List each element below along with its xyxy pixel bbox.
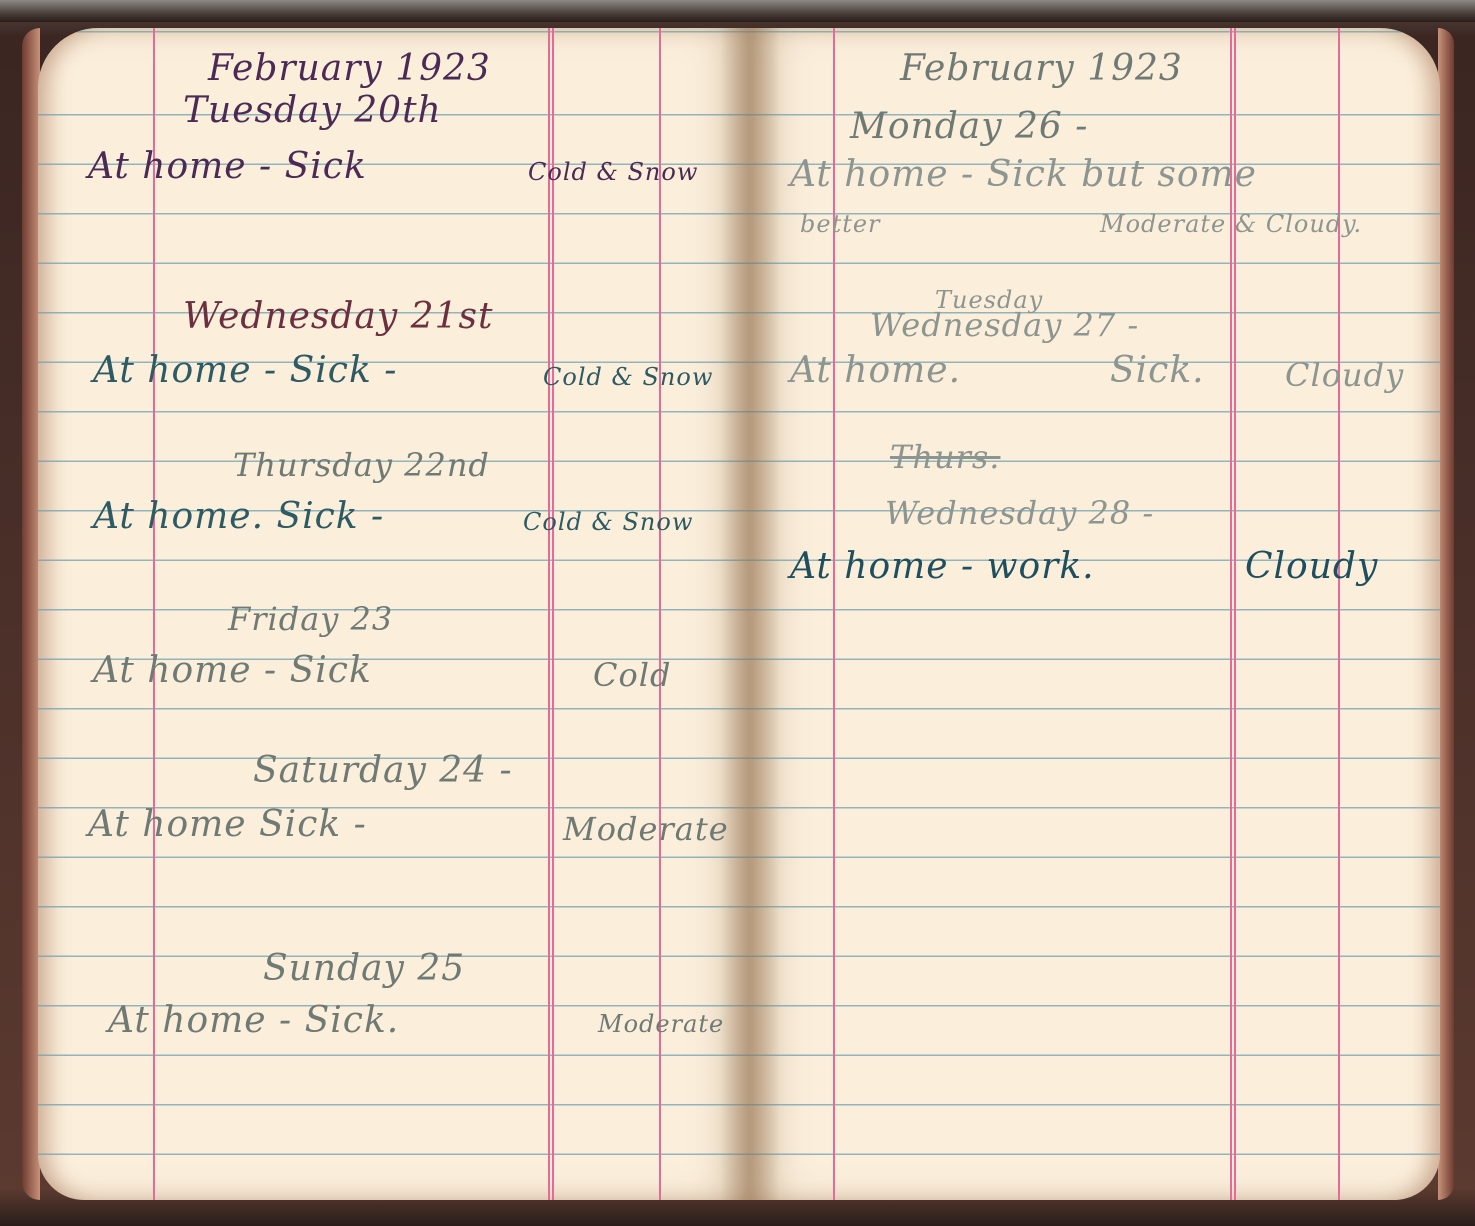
entry-weather: Cold <box>593 656 671 694</box>
entry-weather: Moderate <box>563 810 729 848</box>
entry-text: At home - work. <box>790 546 1095 587</box>
left-margin-rule <box>833 28 835 1200</box>
book-cover-top-edge <box>0 0 1475 22</box>
left-page: February 1923 Tuesday 20th At home - Sic… <box>38 28 750 1200</box>
entry-text: At home - Sick but some <box>790 154 1257 195</box>
column-rule <box>548 28 550 1200</box>
entry-day-struck: Thurs. <box>890 438 1000 476</box>
entry-weather: Cloudy <box>1245 546 1378 587</box>
entry-weather: Cold & Snow <box>523 508 693 536</box>
entry-day-heading: Sunday 25 <box>263 948 465 989</box>
entry-text: At home Sick - <box>88 804 367 845</box>
entry-text: At home - Sick <box>88 146 367 187</box>
entry-weather: Moderate & Cloudy. <box>1100 210 1362 238</box>
entry-day-heading: Thursday 22nd <box>233 446 490 484</box>
right-page: February 1923 Monday 26 - At home - Sick… <box>750 28 1440 1200</box>
entry-day-heading: Wednesday 21st <box>183 296 493 337</box>
entry-text: At home - Sick <box>93 650 372 691</box>
entry-status: Sick. <box>1110 350 1205 391</box>
column-rule <box>1230 28 1232 1200</box>
entry-text: At home. Sick - <box>93 496 384 537</box>
column-rule <box>552 28 554 1200</box>
entry-day-heading: Friday 23 <box>228 600 393 638</box>
right-page-edge <box>1438 28 1454 1200</box>
column-rule <box>1338 28 1340 1200</box>
entry-text: At home - Sick. <box>108 1000 399 1041</box>
entry-text-continued: better <box>800 210 881 238</box>
entry-weather: Cold & Snow <box>528 158 698 186</box>
entry-text: At home. <box>790 350 961 391</box>
entry-weather: Cloudy <box>1285 356 1404 394</box>
entry-day-heading: Wednesday 27 - <box>870 306 1139 344</box>
entry-weather: Cold & Snow <box>543 363 713 391</box>
entry-day-heading: Wednesday 28 - <box>885 494 1154 532</box>
ruled-lines <box>750 28 1440 1200</box>
entry-day-heading: Tuesday 20th <box>183 90 442 131</box>
diary-book: February 1923 Tuesday 20th At home - Sic… <box>0 0 1475 1226</box>
entry-weather: Moderate <box>598 1010 724 1038</box>
entry-text: At home - Sick - <box>93 350 397 391</box>
page-heading-month-year: February 1923 <box>900 48 1183 89</box>
page-heading-month-year: February 1923 <box>208 48 491 89</box>
column-rule <box>1234 28 1236 1200</box>
entry-day-heading: Saturday 24 - <box>253 750 513 791</box>
entry-day-heading: Monday 26 - <box>850 106 1088 147</box>
